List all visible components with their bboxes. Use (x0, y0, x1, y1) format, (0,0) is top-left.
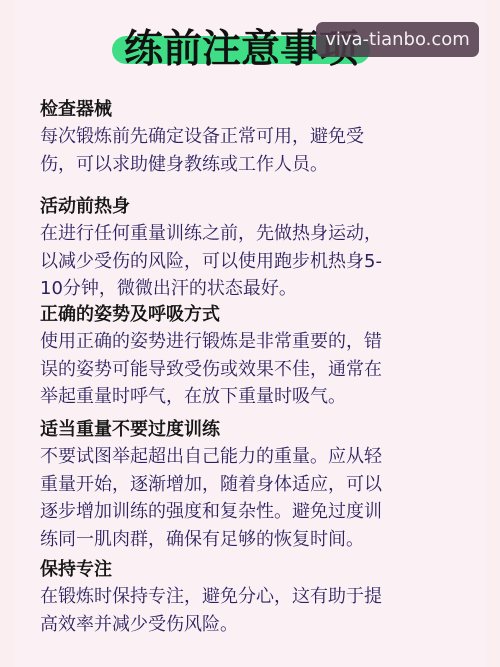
section-text-line: 在进行任何重量训练之前，先做热身运动， (40, 220, 390, 248)
section-warm-up: 活动前热身 在进行任何重量训练之前，先做热身运动， 以减少受伤的风险，可以使用跑… (40, 194, 390, 303)
section-heading: 正确的姿势及呼吸方式 (40, 302, 390, 328)
section-heading: 活动前热身 (40, 194, 390, 220)
section-text-line: 误的姿势可能导致受伤或效果不佳，通常在 (40, 356, 390, 384)
section-text-line: 以减少受伤的风险，可以使用跑步机热身5- (40, 248, 390, 276)
section-text-line: 举起重量时呼气，在放下重量时吸气。 (40, 383, 390, 411)
section-text-line: 伤，可以求助健身教练或工作人员。 (40, 151, 390, 179)
section-text-line: 10分钟，微微出汗的状态最好。 (40, 275, 390, 303)
section-proper-weight: 适当重量不要过度训练 不要试图举起超出自己能力的重量。应从轻 重量开始，逐渐增加… (40, 417, 390, 553)
section-stay-focused: 保持专注 在锻炼时保持专注，避免分心，这有助于提 高效率并减少受伤风险。 (40, 557, 390, 638)
section-heading: 保持专注 (40, 557, 390, 583)
section-text-line: 每次锻炼前先确定设备正常可用，避免受 (40, 123, 390, 151)
section-text-line: 重量开始，逐渐增加，随着身体适应，可以 (40, 471, 390, 499)
section-posture-breathing: 正确的姿势及呼吸方式 使用正确的姿势进行锻炼是非常重要的，错 误的姿势可能导致受… (40, 302, 390, 411)
section-heading: 适当重量不要过度训练 (40, 417, 390, 443)
section-heading: 检查器械 (40, 97, 390, 123)
section-text-line: 使用正确的姿势进行锻炼是非常重要的，错 (40, 328, 390, 356)
section-text-line: 不要试图举起超出自己能力的重量。应从轻 (40, 443, 390, 471)
watermark-badge: viva-tianbo.com (316, 22, 479, 57)
section-text-line: 高效率并减少受伤风险。 (40, 611, 390, 639)
section-text-line: 逐步增加训练的强度和复杂性。避免过度训 (40, 498, 390, 526)
section-text-line: 练同一肌肉群，确保有足够的恢复时间。 (40, 526, 390, 554)
section-text-line: 在锻炼时保持专注，避免分心，这有助于提 (40, 583, 390, 611)
section-check-equipment: 检查器械 每次锻炼前先确定设备正常可用，避免受 伤，可以求助健身教练或工作人员。 (40, 97, 390, 178)
